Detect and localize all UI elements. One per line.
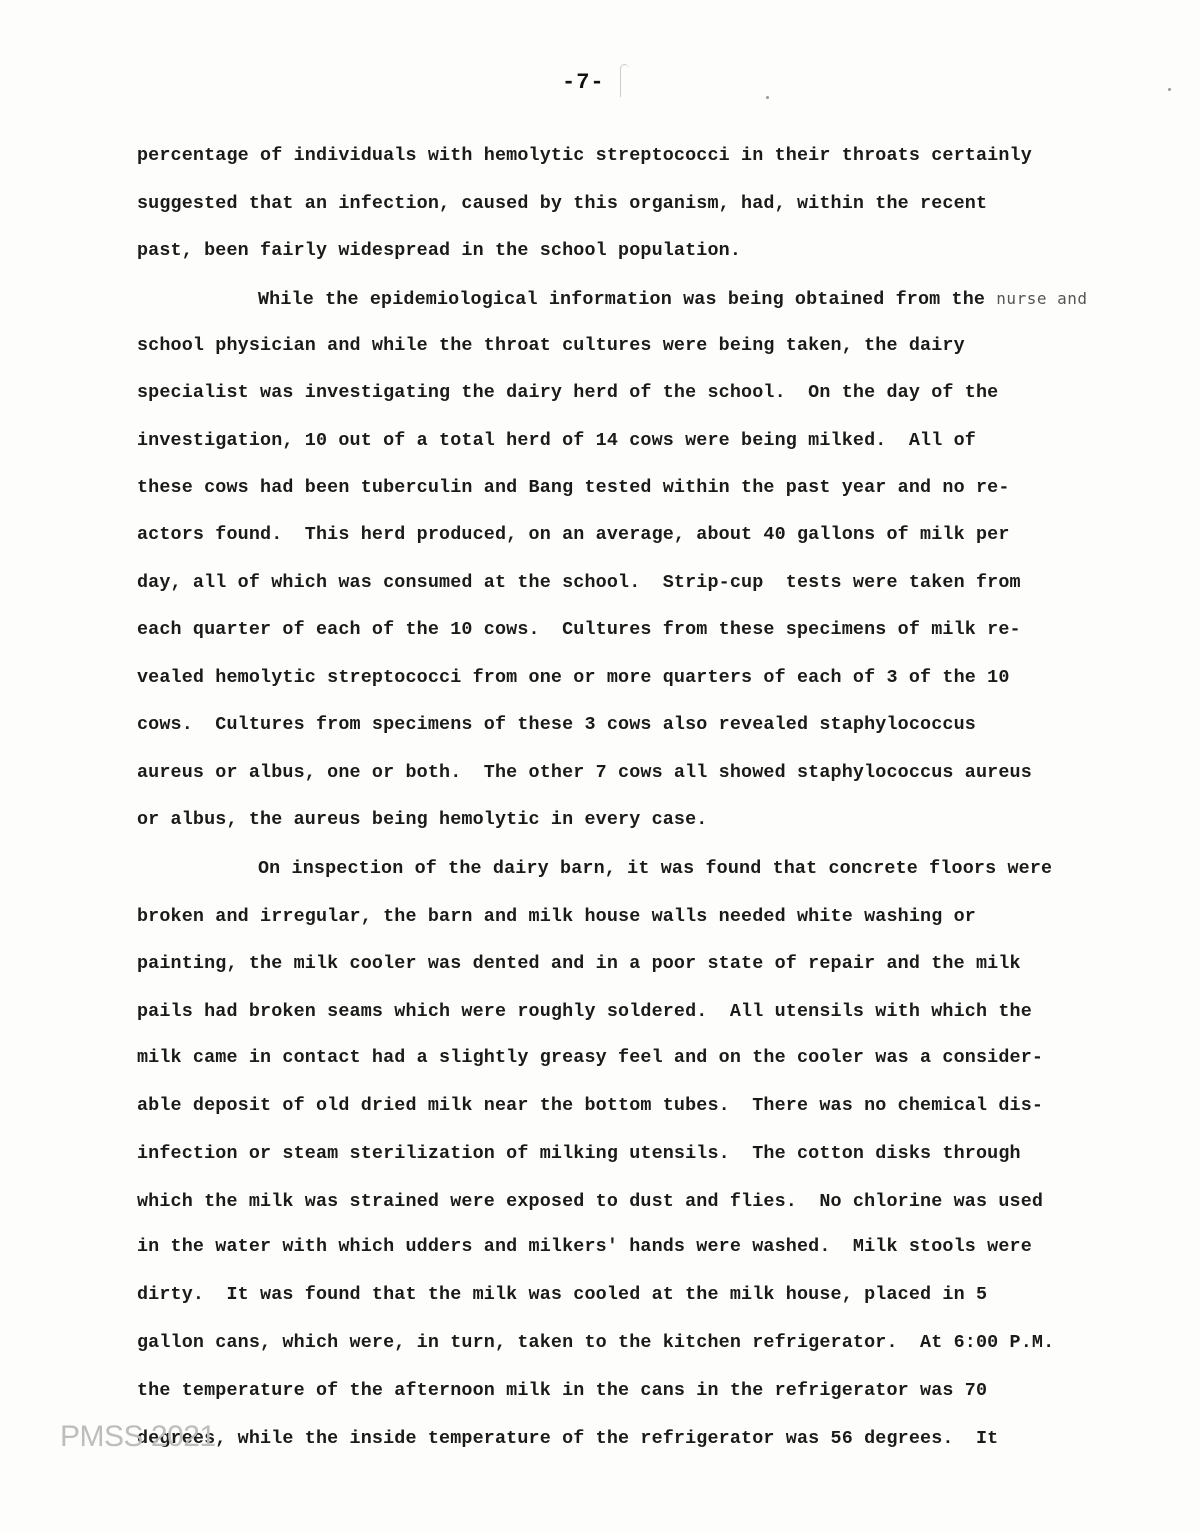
text-line: or albus, the aureus being hemolytic in … xyxy=(137,808,708,832)
text-line: pails had broken seams which were roughl… xyxy=(137,1000,1032,1024)
text-line: suggested that an infection, caused by t… xyxy=(137,192,987,216)
paper-speck xyxy=(1168,88,1171,91)
text-line: aureus or albus, one or both. The other … xyxy=(137,761,1032,785)
text-line: broken and irregular, the barn and milk … xyxy=(137,905,976,929)
text-line: actors found. This herd produced, on an … xyxy=(137,523,1010,547)
text-line: infection or steam sterilization of milk… xyxy=(137,1142,1021,1166)
margin-annotation: nurse and xyxy=(996,289,1087,308)
text-line: investigation, 10 out of a total herd of… xyxy=(137,429,976,453)
text-line: cows. Cultures from specimens of these 3… xyxy=(137,713,976,737)
text-line: in the water with which udders and milke… xyxy=(137,1235,1032,1259)
text-line: the temperature of the afternoon milk in… xyxy=(137,1379,987,1403)
text-line: each quarter of each of the 10 cows. Cul… xyxy=(137,618,1021,642)
text-line: past, been fairly widespread in the scho… xyxy=(137,239,741,263)
text-line: percentage of individuals with hemolytic… xyxy=(137,144,1032,168)
text-line: gallon cans, which were, in turn, taken … xyxy=(137,1331,1054,1355)
text-line: these cows had been tuberculin and Bang … xyxy=(137,476,1010,500)
document-page: -7- percentage of individuals with hemol… xyxy=(0,0,1200,1533)
text-line: On inspection of the dairy barn, it was … xyxy=(258,857,1052,881)
text-line: day, all of which was consumed at the sc… xyxy=(137,571,1021,595)
text-line: degrees, while the inside temperature of… xyxy=(137,1427,998,1451)
text-line: school physician and while the throat cu… xyxy=(137,334,965,358)
text-line: specialist was investigating the dairy h… xyxy=(137,381,998,405)
text-line: milk came in contact had a slightly grea… xyxy=(137,1046,1043,1070)
text-line: painting, the milk cooler was dented and… xyxy=(137,952,1021,976)
pencil-mark xyxy=(620,64,629,97)
text-line: which the milk was strained were exposed… xyxy=(137,1190,1043,1214)
typed-text: While the epidemiological information wa… xyxy=(258,289,985,310)
page-number: -7- xyxy=(562,70,605,95)
paper-speck xyxy=(766,96,769,99)
text-line: able deposit of old dried milk near the … xyxy=(137,1094,1043,1118)
text-line: While the epidemiological information wa… xyxy=(258,287,1088,312)
archive-watermark: PMSS 2021 xyxy=(60,1420,216,1454)
text-line: dirty. It was found that the milk was co… xyxy=(137,1283,987,1307)
text-line: vealed hemolytic streptococci from one o… xyxy=(137,666,1010,690)
